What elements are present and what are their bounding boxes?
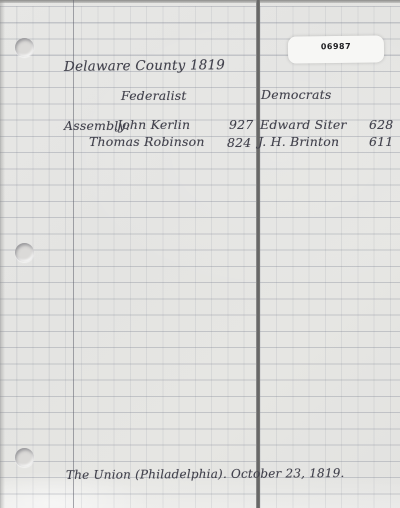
federalist-candidate-name: Thomas Robinson bbox=[89, 134, 205, 149]
scanned-document-page: 06987 Delaware County 1819 Federalist De… bbox=[0, 0, 400, 508]
democrat-candidate-name: J. H. Brinton bbox=[258, 134, 339, 149]
punch-hole-bottom bbox=[15, 448, 34, 467]
center-divider-line bbox=[256, 0, 260, 508]
democrat-vote-count: 611 bbox=[369, 134, 393, 149]
democrat-candidate-name: Edward Siter bbox=[260, 117, 347, 132]
scan-top-edge bbox=[0, 0, 400, 3]
county-year-title: Delaware County 1819 bbox=[64, 57, 225, 75]
federalist-vote-count: 824 bbox=[227, 135, 251, 150]
quadrille-gridlines bbox=[0, 6, 400, 508]
democrat-vote-count: 628 bbox=[369, 117, 393, 132]
catalog-number: 06987 bbox=[321, 42, 351, 51]
scan-left-edge bbox=[0, 0, 5, 508]
source-citation: The Union (Philadelphia). October 23, 18… bbox=[66, 466, 345, 482]
federalist-column-header: Federalist bbox=[121, 88, 187, 103]
margin-line bbox=[73, 0, 74, 508]
federalist-vote-count: 927 bbox=[229, 117, 253, 132]
federalist-candidate-name: John Kerlin bbox=[117, 117, 190, 132]
democrats-column-header: Democrats bbox=[261, 87, 331, 102]
catalog-number-sticker: 06987 bbox=[288, 35, 384, 63]
punch-hole-top bbox=[15, 38, 34, 57]
punch-hole-middle bbox=[15, 243, 34, 262]
